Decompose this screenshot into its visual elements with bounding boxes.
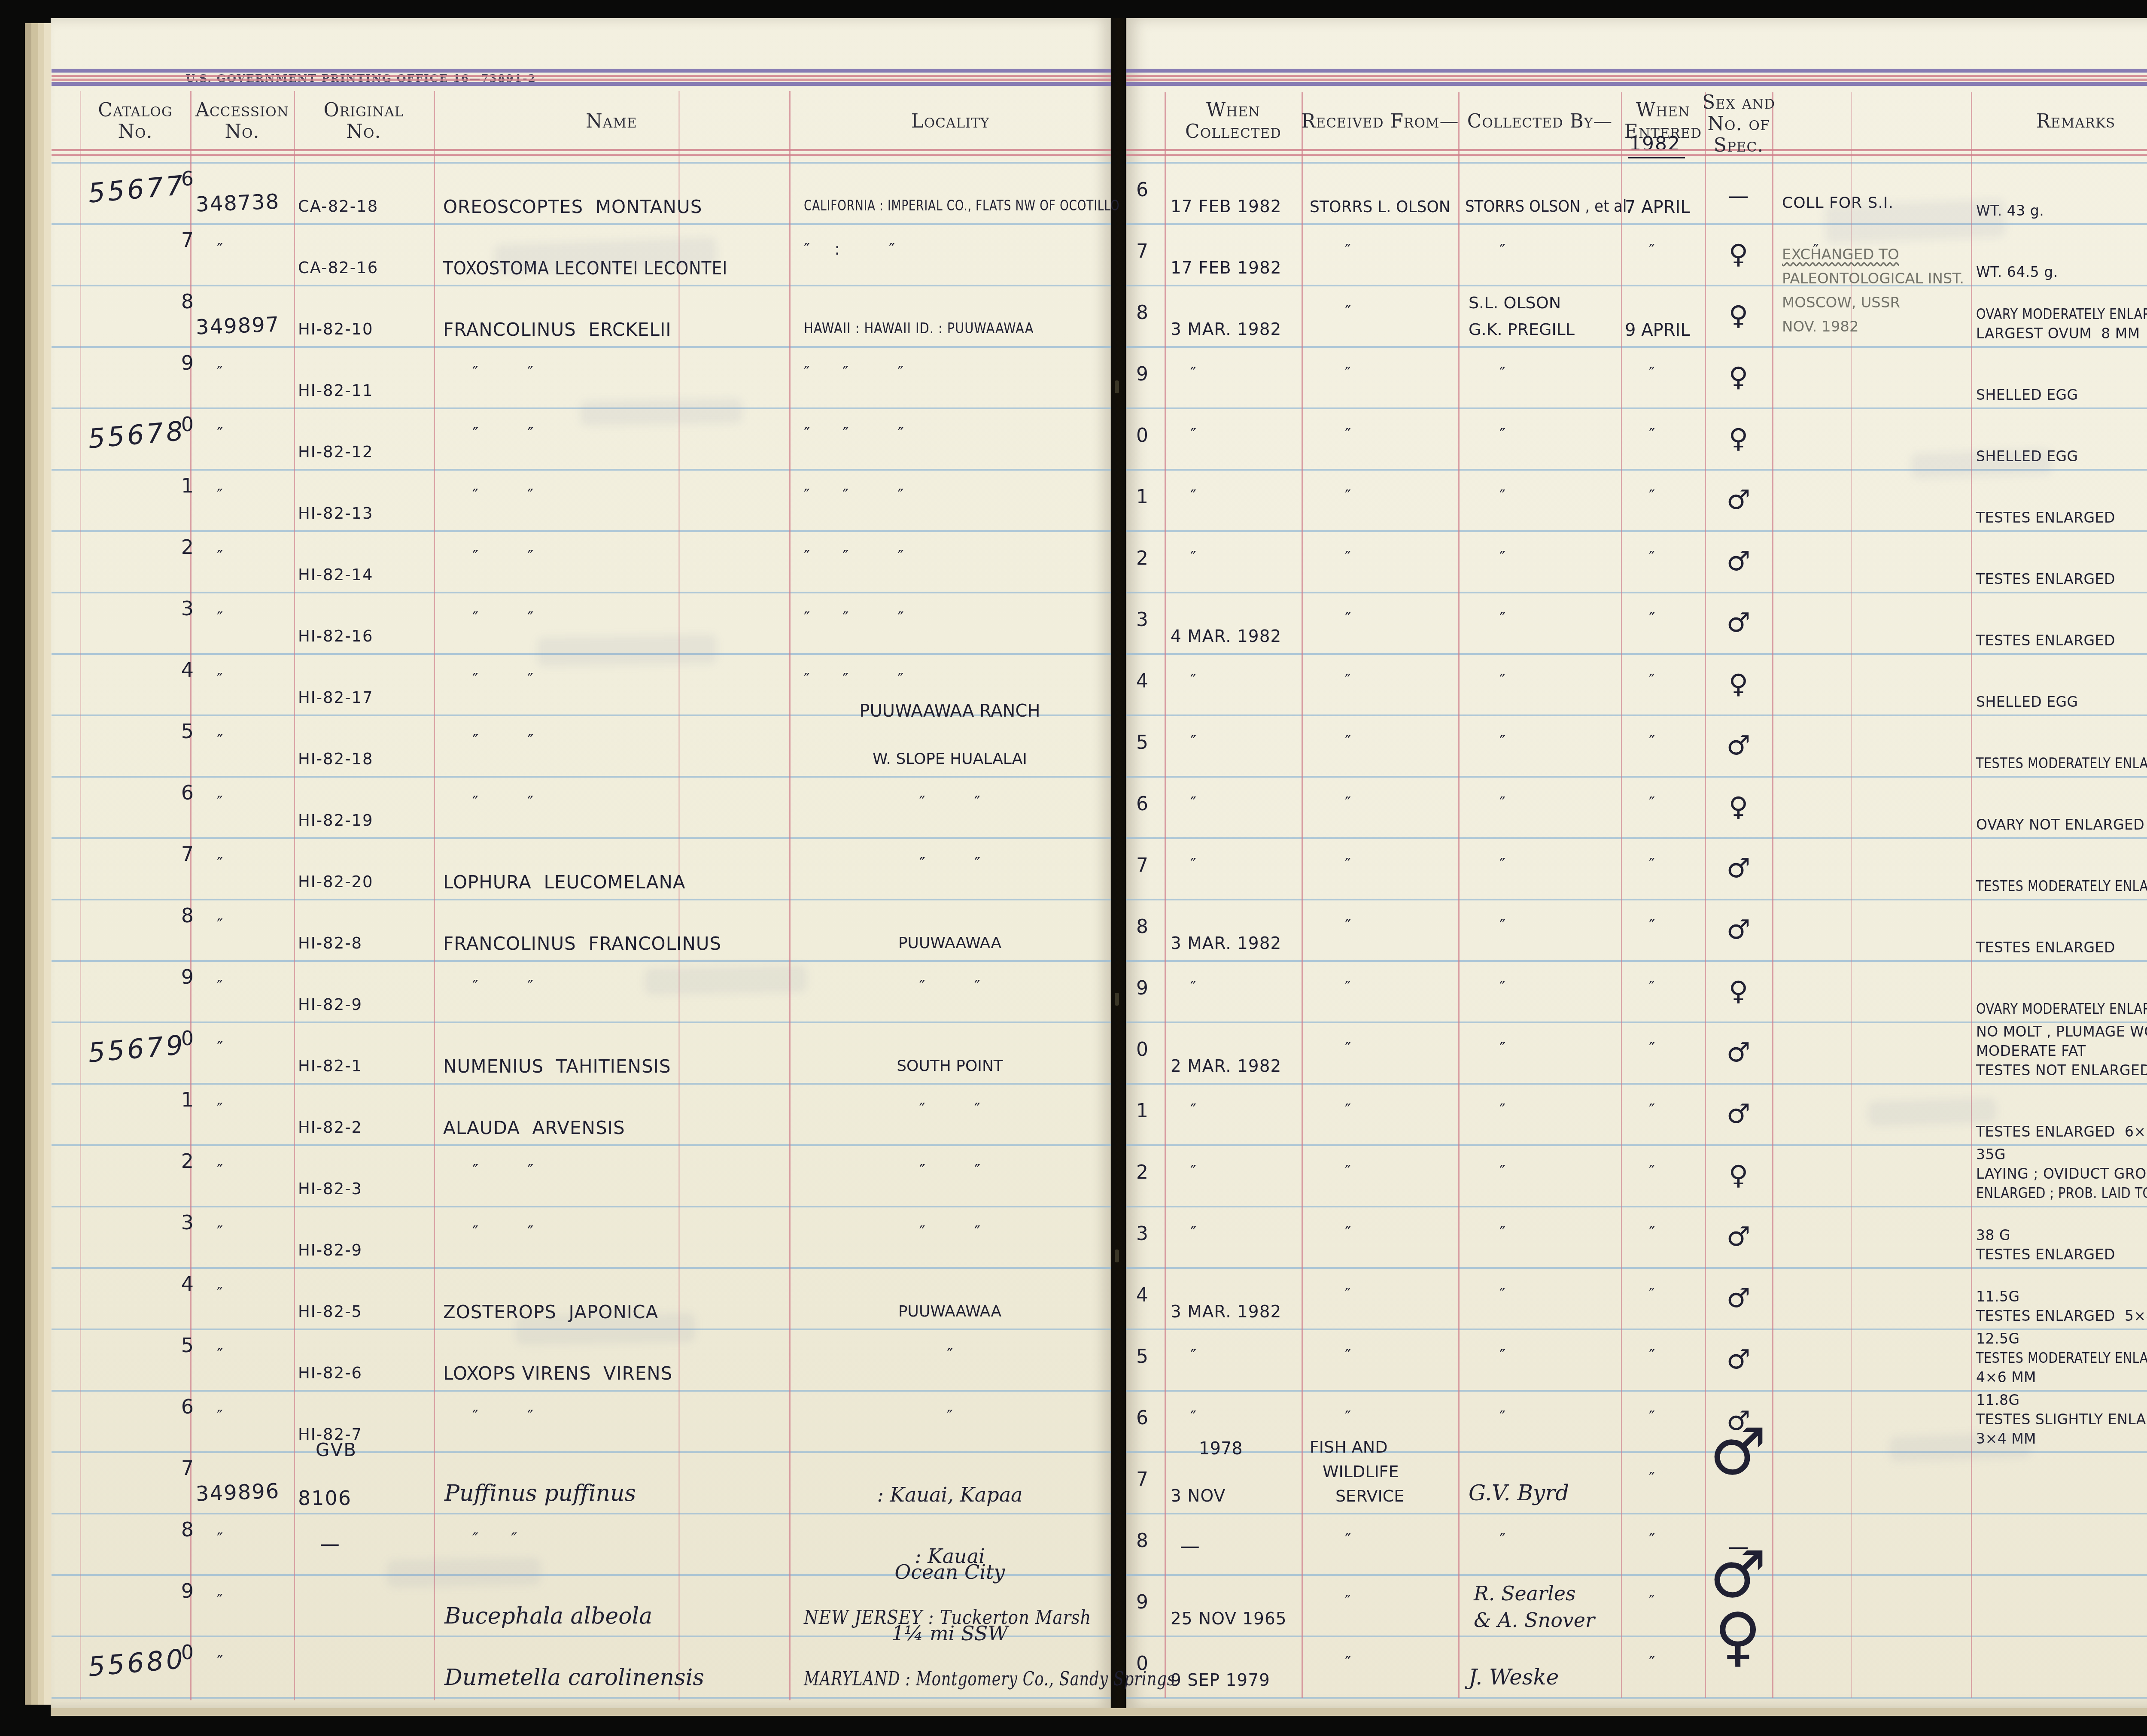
ruled-line	[1126, 837, 2147, 839]
collected-by: R. Searles	[1474, 1583, 1576, 1604]
received-from-ditto: ″	[1345, 1101, 1351, 1119]
female-symbol: ♀	[1705, 977, 1772, 1005]
remarks: TESTES ENLARGED	[1976, 940, 2115, 955]
name-ditto: ″ ″	[472, 1162, 533, 1179]
received-from-ditto: ″	[1345, 303, 1351, 320]
remarks: 12.5G	[1976, 1332, 2020, 1347]
when-entered-ditto: ″	[1649, 242, 1655, 259]
catalog-digit: 9	[169, 353, 194, 373]
ledger-content: U.S. GOVERNMENT PRINTING OFFICE 16—73891…	[0, 0, 2147, 1736]
catalog-digit: 6	[169, 782, 194, 803]
male-symbol: ♂	[1705, 915, 1772, 943]
ruled-line	[52, 530, 1111, 532]
ruled-line	[1126, 1206, 2147, 1207]
collected-by-ditto: ″	[1499, 856, 1505, 873]
collected-by-ditto: ″	[1499, 1101, 1505, 1119]
received-from-ditto: ″	[1345, 917, 1351, 934]
specimen-ledger-scan: U.S. GOVERNMENT PRINTING OFFICE 16—73891…	[0, 0, 2147, 1736]
original-number: HI-82-13	[298, 505, 374, 522]
remarks: NO MOLT , PLUMAGE WORN ,	[1976, 1025, 2147, 1040]
catalog-digit: 3	[169, 598, 194, 619]
remarks: WT. 64.5 g.	[1976, 265, 2058, 280]
when-entered-ditto: ″	[1649, 1040, 1655, 1057]
male-symbol: ♂	[1705, 1222, 1772, 1250]
when-collected-ditto: ″	[1190, 794, 1196, 812]
original-number: HI-82-2	[298, 1119, 362, 1136]
ruled-line	[52, 1206, 1111, 1207]
when-entered-ditto: ″	[1649, 1531, 1655, 1548]
name-ditto: ″ ″	[472, 609, 533, 626]
name-ditto: ″ ″	[472, 1408, 533, 1425]
remarks: SHELLED EGG	[1976, 695, 2078, 710]
when-entered-ditto: ″	[1649, 1286, 1655, 1303]
collected-by-ditto: ″	[1499, 242, 1505, 259]
catalog-digit: 2	[169, 1151, 194, 1171]
right-page-digit: 8	[1123, 303, 1148, 323]
header-rule	[52, 79, 1111, 81]
when-collected: 3 MAR. 1982	[1171, 321, 1281, 339]
remarks: TESTES MODERATELY ENLARGED	[1976, 1351, 2147, 1366]
received-from-ditto: ″	[1345, 242, 1351, 259]
name-ditto: ″ ″	[472, 1223, 533, 1240]
received-from-ditto: ″	[1345, 426, 1351, 443]
remarks: TESTES NOT ENLARGED	[1976, 1063, 2147, 1078]
original-number: 8106	[298, 1488, 352, 1508]
accession-ditto: ″	[217, 855, 223, 872]
collected-by: G.K. PREGILL	[1469, 321, 1575, 338]
when-collected: 17 FEB 1982	[1171, 198, 1282, 216]
female-symbol: ♀	[1705, 240, 1772, 268]
received-from-ditto: ″	[1345, 1224, 1351, 1241]
pencil-note: EXCHANGED TO	[1782, 247, 1899, 263]
ruled-line	[52, 1022, 1111, 1023]
binding-stitch	[1115, 993, 1119, 1006]
remarks: ENLARGED ; PROB. LAID TODAY	[1976, 1186, 2147, 1201]
right-page-digit: 0	[1123, 1040, 1148, 1060]
species-name: LOXOPS VIRENS VIRENS	[443, 1364, 672, 1383]
locality-ditto: ″ ″ ″	[804, 425, 904, 442]
remarks: TESTES ENLARGED	[1976, 572, 2115, 587]
ruled-line	[52, 162, 1111, 164]
bleed-through-smudge	[644, 965, 807, 996]
pencil-note: MOSCOW, USSR	[1782, 295, 1900, 311]
accession-ditto: ″	[217, 671, 223, 688]
column-rule	[1458, 92, 1460, 1698]
catalog-digit: 1	[169, 475, 194, 496]
binding-stitch	[1115, 380, 1119, 393]
when-collected-ditto: ″	[1190, 1224, 1196, 1241]
collected-by-ditto: ″	[1499, 1286, 1505, 1303]
when-entered-ditto: ″	[1649, 426, 1655, 443]
accession-ditto: ″	[217, 1162, 223, 1179]
locality-ditto: ″ ″ ″	[804, 609, 904, 626]
locality-ditto: ″ ″ ″	[804, 548, 904, 565]
when-collected-ditto: ″	[1190, 672, 1196, 689]
bleed-through-smudge	[1825, 199, 2006, 244]
collected-by-ditto: ″	[1499, 1163, 1505, 1180]
collected-by-ditto: ″	[1499, 733, 1505, 750]
collected-by-ditto: ″	[1499, 1224, 1505, 1241]
original-number: HI-82-12	[298, 444, 374, 461]
ruled-line	[52, 592, 1111, 593]
original-number: HI-82-19	[298, 812, 374, 829]
received-from-ditto: ″	[1345, 856, 1351, 873]
species-name: FRANCOLINUS FRANCOLINUS	[443, 934, 721, 953]
received-from: STORRS L. OLSON	[1310, 198, 1451, 216]
pencil-note: PALEONTOLOGICAL INST.	[1782, 271, 1964, 287]
when-collected-ditto: ″	[1190, 1408, 1196, 1426]
ruled-line	[1126, 1636, 2147, 1637]
original-number-dash: —	[320, 1533, 340, 1554]
catalog-digit: 1	[169, 1089, 194, 1110]
remarks: TESTES SLIGHTLY ENLARGED	[1976, 1412, 2147, 1427]
locality-ditto: ″	[790, 1346, 1110, 1363]
when-entered-ditto: ″	[1649, 1163, 1655, 1180]
original-number: HI-82-17	[298, 690, 374, 706]
catalog-digit: 6	[169, 1396, 194, 1417]
collected-by-ditto: ″	[1499, 1347, 1505, 1364]
male-symbol: ♂	[1705, 1345, 1772, 1373]
received-from-ditto: ″	[1345, 487, 1351, 505]
ruled-line	[1126, 960, 2147, 962]
when-entered-ditto: ″	[1649, 1593, 1655, 1610]
original-number: CA-82-18	[298, 198, 378, 215]
remarks: TESTES ENLARGED 6×10MM	[1976, 1125, 2147, 1140]
locality-ditto: ″ ″	[790, 794, 1110, 811]
locality-ditto: ″ ″	[790, 1223, 1110, 1240]
remarks: 11.5G	[1976, 1289, 2020, 1304]
locality-ditto: ″ ″	[790, 1101, 1110, 1118]
original-number: HI-82-14	[298, 567, 374, 584]
catalog-digit: 8	[169, 1519, 194, 1540]
accession-number: 349897	[195, 314, 280, 338]
bleed-through-smudge	[515, 1312, 696, 1345]
column-rule	[1165, 92, 1166, 1698]
column-header: Sex andNo. ofSpec.	[1627, 92, 1850, 156]
accession-ditto: ″	[217, 486, 223, 504]
remarks: TESTES ENLARGED	[1976, 511, 2115, 526]
when-entered-ditto: ″	[1649, 610, 1655, 627]
sex-dash: —	[1705, 185, 1772, 207]
ruled-line	[52, 899, 1111, 900]
accession-ditto: ″	[217, 916, 223, 933]
right-page-digit: 2	[1123, 549, 1148, 569]
remarks: SHELLED EGG	[1976, 388, 2078, 403]
ruled-line	[1126, 285, 2147, 286]
received-from-ditto: ″	[1345, 733, 1351, 750]
when-collected-upper: 1978	[1199, 1440, 1243, 1458]
received-from-ditto: ″	[1345, 1040, 1351, 1057]
collected-by: J. Weske	[1469, 1666, 1559, 1689]
received-from-ditto: ″	[1345, 794, 1351, 812]
collected-by: G.V. Byrd	[1469, 1482, 1569, 1505]
female-symbol: ♀	[1705, 793, 1772, 821]
ruled-line	[52, 1513, 1111, 1514]
ruled-line	[1126, 899, 2147, 900]
right-page-digit: 1	[1123, 487, 1148, 507]
accession-ditto: ″	[217, 978, 223, 995]
received-from-ditto: ″	[1345, 1163, 1351, 1180]
right-page-digit: 9	[1123, 365, 1148, 384]
locality-ditto: ″	[790, 1408, 1110, 1425]
when-collected-ditto: ″	[1190, 733, 1196, 750]
locality-ditto: ″ ″	[790, 1162, 1110, 1179]
ruled-line	[52, 469, 1111, 471]
catalog-digit: 2	[169, 537, 194, 557]
ruled-line	[52, 1083, 1111, 1085]
locality: W. SLOPE HUALALAI	[790, 751, 1110, 767]
female-symbol: ♀	[1705, 424, 1772, 452]
right-page-digit: 8	[1123, 1531, 1148, 1551]
right-page-digit: 7	[1123, 856, 1148, 876]
received-from-ditto: ″	[1345, 1286, 1351, 1303]
ruled-line	[1126, 1574, 2147, 1576]
when-entered-ditto: ″	[1649, 1347, 1655, 1364]
received-from-ditto: ″	[1345, 1654, 1351, 1671]
original-number: HI-82-11	[298, 383, 374, 399]
when-entered-ditto: ″	[1649, 549, 1655, 566]
original-number: HI-82-9	[298, 997, 362, 1013]
locality: HAWAII : HAWAII ID. : PUUWAAWAA	[804, 321, 1034, 336]
ruled-line	[52, 776, 1111, 778]
received-from-ditto: ″	[1345, 1531, 1351, 1548]
column-rule	[80, 91, 81, 1700]
collected-by-ditto: ″	[1499, 1040, 1505, 1057]
right-page-digit: 9	[1123, 1593, 1148, 1612]
accession-number: 348738	[195, 191, 280, 216]
when-collected-ditto: ″	[1190, 979, 1196, 996]
remarks: TESTES MODERATELY ENLARGED	[1976, 756, 2147, 771]
right-page-digit: 4	[1123, 672, 1148, 691]
catalog-digit: 5	[169, 1335, 194, 1356]
when-collected: 2 MAR. 1982	[1171, 1058, 1281, 1076]
catalog-digit: 4	[169, 1274, 194, 1294]
species-name: NUMENIUS TAHITIENSIS	[443, 1057, 671, 1076]
ruled-line	[1126, 592, 2147, 593]
when-collected-ditto: ″	[1190, 426, 1196, 443]
when-entered-ditto: ″	[1649, 1224, 1655, 1241]
catalog-digit: 4	[169, 660, 194, 680]
original-number-top: GVB	[316, 1441, 357, 1459]
header-rule	[52, 69, 1111, 73]
locality: PUUWAAWAA	[790, 1304, 1110, 1320]
locality-ditto: ″ ″ ″	[804, 364, 904, 381]
received-from-ditto: ″	[1345, 1593, 1351, 1610]
ruled-line	[1126, 714, 2147, 716]
collected-by-ditto: ″	[1499, 549, 1505, 566]
ruled-line	[52, 837, 1111, 839]
ruled-line	[1126, 1083, 2147, 1085]
bleed-through-smudge	[1867, 1097, 1997, 1127]
accession-ditto: ″	[217, 1530, 223, 1548]
accession-ditto: ″	[217, 1101, 223, 1118]
catalog-digit: 5	[169, 721, 194, 742]
remarks: LAYING ; OVIDUCT GROSSLY	[1976, 1167, 2147, 1182]
name-ditto: ″ ″	[472, 425, 533, 442]
right-page-digit: 4	[1123, 1286, 1148, 1305]
original-number: HI-82-8	[298, 935, 362, 952]
right-page-digit: 0	[1123, 426, 1148, 446]
bleed-through-smudge	[1889, 1432, 2031, 1462]
catalog-digit: 9	[169, 1581, 194, 1601]
when-entered-ditto: ″	[1649, 1654, 1655, 1671]
right-page-digit: 5	[1123, 733, 1148, 753]
collected-by-ditto: ″	[1499, 426, 1505, 443]
catalog-digit: 6	[169, 168, 194, 189]
name-ditto: ″ ″	[472, 364, 533, 381]
ruled-line	[1126, 776, 2147, 778]
ruled-line	[52, 1697, 1111, 1699]
name-ditto: ″ ″	[472, 978, 533, 995]
column-rule	[1621, 92, 1622, 1698]
original-number: HI-82-16	[298, 628, 374, 645]
right-page-digit: 6	[1123, 180, 1148, 200]
collected-by-ditto: ″	[1499, 1408, 1505, 1426]
female-symbol: ♀	[1705, 363, 1772, 391]
right-page-digit: 7	[1123, 1470, 1148, 1490]
right-page-digit: 3	[1123, 610, 1148, 630]
column-header: Name	[500, 111, 723, 132]
when-collected: 25 NOV 1965	[1171, 1611, 1287, 1628]
locality-ditto: ″ ″	[790, 978, 1110, 995]
binding-stitch	[1115, 1250, 1119, 1262]
bleed-through-smudge	[1910, 448, 2053, 479]
column-rule	[789, 91, 791, 1700]
received-from: WILDLIFE	[1323, 1463, 1399, 1481]
right-page-digit: 0	[1123, 1654, 1148, 1674]
male-symbol: ♂	[1705, 1284, 1772, 1312]
ruled-line	[52, 1390, 1111, 1392]
ruled-line	[52, 960, 1111, 962]
header-rule	[1126, 82, 2147, 86]
when-entered-ditto: ″	[1649, 365, 1655, 382]
ruled-line	[1126, 1513, 2147, 1514]
received-from-ditto: ″	[1345, 1347, 1351, 1364]
when-entered-ditto: ″	[1649, 487, 1655, 505]
original-number: HI-82-18	[298, 751, 374, 768]
original-number: CA-82-16	[298, 260, 378, 277]
remarks: OVARY NOT ENLARGED	[1976, 818, 2144, 833]
original-number: HI-82-1	[298, 1058, 362, 1075]
original-number: HI-82-6	[298, 1365, 362, 1382]
remarks: OVARY MODERATELY ENLARGED	[1976, 1002, 2147, 1017]
remarks: TESTES MODERATELY ENLARGED	[1976, 879, 2147, 894]
accession-ditto: ″	[217, 1039, 223, 1056]
remarks: LARGEST OVUM 8 MM	[1976, 326, 2140, 341]
received-from-ditto: ″	[1345, 549, 1351, 566]
catalog-digit: 0	[169, 1642, 194, 1663]
collected-by-ditto: ″	[1499, 979, 1505, 996]
when-collected-dash: —	[1180, 1535, 1200, 1556]
accession-number: 349896	[195, 1481, 280, 1505]
ruled-line	[1126, 1697, 2147, 1699]
column-rule	[678, 91, 680, 1700]
right-page-digit: 6	[1123, 1408, 1148, 1428]
name-ditto: ″ ″	[472, 794, 533, 811]
received-from: SERVICE	[1335, 1488, 1404, 1505]
right-page-digit: 1	[1123, 1101, 1148, 1121]
when-entered-ditto: ″	[1649, 917, 1655, 934]
when-entered-ditto: ″	[1649, 733, 1655, 750]
bleed-through-smudge	[580, 398, 743, 427]
ruled-line	[1126, 162, 2147, 164]
original-number: HI-82-3	[298, 1181, 362, 1198]
name-ditto: ″ ″	[472, 671, 533, 688]
accession-ditto: ″	[217, 1223, 223, 1240]
remarks: OVARY MODERATELY ENLARGED	[1976, 307, 2147, 322]
species-name: Bucephala albeola	[444, 1605, 652, 1628]
column-rule	[434, 91, 435, 1700]
collected-by-ditto: ″	[1499, 487, 1505, 505]
male-symbol: ♂	[1705, 731, 1772, 759]
header-rule	[1126, 69, 2147, 73]
locality-ditto: ″ : ″	[804, 241, 895, 258]
accession-ditto: ″	[217, 732, 223, 749]
collected-by-ditto: ″	[1499, 917, 1505, 934]
locality: CALIFORNIA : IMPERIAL CO., FLATS NW OF O…	[804, 198, 1119, 213]
right-page-digit: 2	[1123, 1163, 1148, 1183]
collected-by: & A. Snover	[1474, 1610, 1595, 1630]
column-rule	[294, 91, 295, 1700]
collected-by-ditto: ″	[1499, 794, 1505, 812]
collected-by: S.L. OLSON	[1469, 295, 1561, 312]
when-entered-ditto: ″	[1649, 794, 1655, 812]
species-name: FRANCOLINUS ERCKELII	[443, 320, 672, 339]
locality-ditto: ″ ″ ″	[804, 486, 904, 504]
female-symbol: ♀	[1705, 301, 1772, 329]
when-collected-ditto: ″	[1190, 549, 1196, 566]
ruled-line	[1126, 346, 2147, 348]
header-rule	[52, 154, 1111, 156]
received-from-ditto: ″	[1345, 365, 1351, 382]
original-number: HI-82-10	[298, 321, 374, 338]
catalog-digit: 8	[169, 905, 194, 926]
right-page-digit: 9	[1123, 979, 1148, 998]
when-entered: 7 APRIL	[1625, 198, 1690, 216]
species-name: Dumetella carolinensis	[444, 1666, 704, 1690]
header-rule	[1126, 79, 2147, 81]
when-collected: 4 MAR. 1982	[1171, 628, 1281, 646]
when-collected: 9 SEP 1979	[1171, 1672, 1270, 1690]
column-header: Locality	[839, 111, 1062, 132]
remarks: 35G	[1976, 1147, 2006, 1162]
male-symbol: ♂	[1701, 1419, 1774, 1487]
name-ditto: ″ ″	[472, 548, 533, 565]
male-symbol: ♂	[1705, 608, 1772, 636]
male-symbol: ♂	[1705, 547, 1772, 575]
accession-ditto: ″	[217, 794, 223, 811]
original-number: HI-82-5	[298, 1304, 362, 1320]
pencil-note: NOV. 1982	[1782, 319, 1859, 335]
remarks: TESTES ENLARGED	[1976, 1247, 2115, 1262]
column-header: OriginalNo.	[252, 100, 475, 143]
accession-ditto: ″	[217, 609, 223, 626]
when-collected: 17 FEB 1982	[1171, 260, 1282, 277]
when-collected: 3 MAR. 1982	[1171, 1304, 1281, 1321]
column-rule	[1302, 92, 1303, 1698]
when-collected-ditto: ″	[1190, 856, 1196, 873]
female-symbol: ♀	[1701, 1603, 1774, 1671]
received-from-ditto: ″	[1345, 979, 1351, 996]
collected-by: STORRS OLSON , et al.	[1465, 198, 1631, 215]
bleed-through-smudge	[386, 1557, 541, 1588]
male-symbol: ♂	[1705, 1038, 1772, 1066]
accession-ditto: ″	[217, 425, 223, 442]
catalog-digit: 7	[169, 1458, 194, 1478]
male-symbol: ♂	[1705, 854, 1772, 882]
collected-by-ditto: ″	[1499, 610, 1505, 627]
species-name: ALAUDA ARVENSIS	[443, 1119, 625, 1137]
